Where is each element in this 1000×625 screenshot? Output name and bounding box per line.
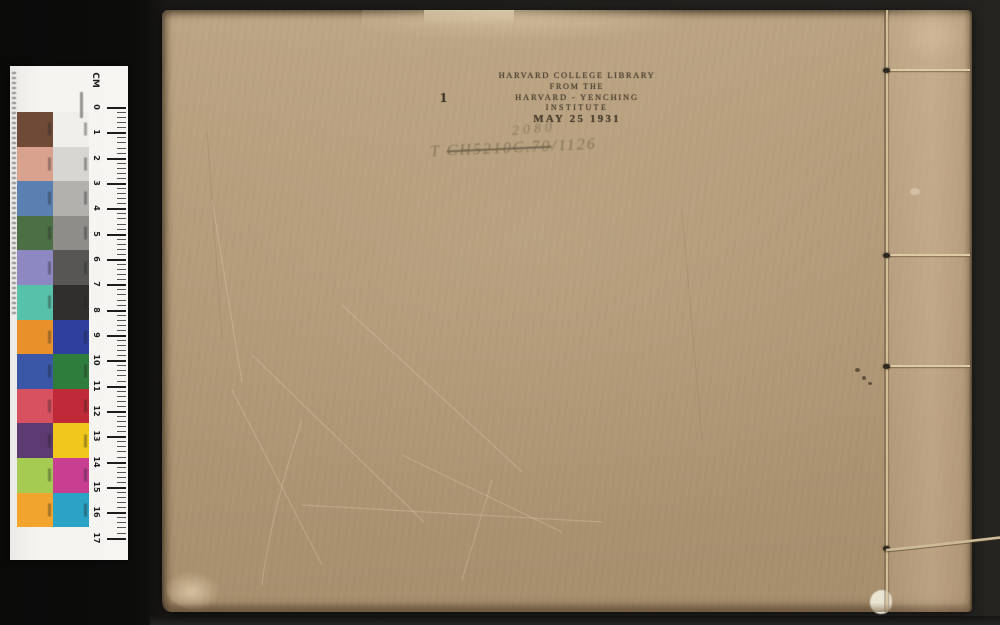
ruler-tick-minor [117, 168, 126, 169]
ruler-tick-minor [117, 340, 126, 341]
color-patch [17, 181, 53, 216]
patch-row [17, 423, 89, 458]
ruler-tick-minor [117, 482, 126, 483]
ruler-tick-minor [117, 173, 126, 174]
color-patch [17, 250, 53, 285]
stitch-hole [883, 546, 890, 551]
ruler-number: 5 [91, 226, 101, 242]
ruler-tick-minor [117, 527, 126, 528]
ruler-tick-major [107, 512, 126, 514]
stitch-hole [883, 68, 890, 73]
ruler-tick-minor [117, 229, 126, 230]
ruler-tick-minor [117, 193, 126, 194]
ruler-tick-minor [117, 381, 126, 382]
ruler-tick-major [107, 284, 126, 286]
ruler-tick-minor [117, 244, 126, 245]
ruler-tick-minor [117, 345, 126, 346]
ruler-number: 13 [91, 428, 101, 444]
calibration-strip-fineprint [12, 72, 16, 314]
ruler-tick-minor [117, 142, 126, 143]
patch-row [17, 147, 89, 182]
ruler-tick-major [107, 360, 126, 362]
ink-smudge [868, 382, 872, 385]
ruler-tick-minor [117, 127, 126, 128]
ruler-tick-minor [117, 426, 126, 427]
gray-patch [53, 181, 89, 216]
ruler-tick-minor [117, 533, 126, 534]
ruler-tick-minor [117, 467, 126, 468]
ruler-tick-minor [117, 274, 126, 275]
ruler-number: 15 [91, 479, 101, 495]
digitized-book-photo: CM 01234567891011121314151617 [0, 0, 1000, 625]
ruler-tick-major [107, 411, 126, 413]
ruler-tick-minor [117, 350, 126, 351]
patch-row [17, 285, 89, 320]
ruler-tick-major [107, 538, 126, 540]
stamp-line: HARVARD COLLEGE LIBRARY [477, 69, 677, 81]
ruler-tick-minor [117, 254, 126, 255]
ruler-tick-minor [117, 365, 126, 366]
color-patch [17, 389, 53, 424]
ruler-number: 12 [91, 403, 101, 419]
book-cover: HARVARD COLLEGE LIBRARY FROM THE HARVARD… [162, 10, 972, 612]
ruler-tick-minor [117, 492, 126, 493]
ruler-tick-minor [117, 279, 126, 280]
ruler-tick-minor [117, 137, 126, 138]
handwritten-mark: 1 [440, 91, 447, 107]
ruler-tick-minor [117, 522, 126, 523]
ruler-number: 11 [91, 378, 101, 394]
ruler-tick-minor [117, 300, 126, 301]
binding-thread [889, 254, 970, 256]
ruler-tick-minor [117, 457, 126, 458]
binding-thread [889, 69, 970, 71]
color-patch [17, 423, 53, 458]
stitch-hole [883, 364, 890, 369]
surface-shadow [150, 616, 1000, 625]
ruler-tick-major [107, 107, 126, 109]
color-patch [17, 147, 53, 182]
ruler-number: 3 [91, 175, 101, 191]
patch-row [17, 389, 89, 424]
ruler-tick-minor [117, 472, 126, 473]
ruler-tick-minor [117, 396, 126, 397]
patch-row [17, 320, 89, 355]
ruler-tick-minor [117, 416, 126, 417]
stitch-hole [883, 253, 890, 258]
ruler-tick-minor [117, 320, 126, 321]
color-patch [17, 216, 53, 251]
stamp-line: INSTITUTE [477, 103, 677, 113]
ruler-tick-minor [117, 203, 126, 204]
patch-row [17, 493, 89, 528]
cover-bottom-edge [162, 603, 972, 612]
gray-patch [53, 250, 89, 285]
ruler-tick-minor [117, 315, 126, 316]
gray-patch [53, 389, 89, 424]
ruler-tick-major [107, 335, 126, 337]
ruler-tick-minor [117, 446, 126, 447]
ruler-tick-minor [117, 213, 126, 214]
gray-patch [53, 147, 89, 182]
stamp-line: HARVARD - YENCHING [477, 92, 677, 103]
ruler-tick-minor [117, 305, 126, 306]
ruler-tick-minor [117, 370, 126, 371]
patch-row [17, 216, 89, 251]
patch-row [17, 112, 89, 147]
patch-row [17, 181, 89, 216]
ruler-tick-minor [117, 188, 126, 189]
gray-patch [53, 423, 89, 458]
call-number-suffix: /1126 [551, 136, 597, 155]
gray-patch [53, 216, 89, 251]
ruler-tick-minor [117, 325, 126, 326]
vertical-binding-thread [886, 10, 888, 612]
ruler-tick-major [107, 183, 126, 185]
ruler-tick-minor [117, 451, 126, 452]
ruler-tick-minor [117, 117, 126, 118]
ink-smudge [862, 376, 866, 380]
ruler-tick-minor [117, 330, 126, 331]
gray-patch [53, 354, 89, 389]
ruler-tick-minor [117, 249, 126, 250]
ruler-tick-major [107, 487, 126, 489]
ruler-tick-major [107, 208, 126, 210]
ruler-tick-minor [117, 477, 126, 478]
ruler-tick-major [107, 158, 126, 160]
torn-label-edge [424, 10, 514, 24]
spine-area [886, 10, 970, 612]
patch-row [17, 458, 89, 493]
ruler-tick-minor [117, 294, 126, 295]
ruler-tick-minor [117, 198, 126, 199]
ruler-number: 10 [91, 352, 101, 368]
color-patch [17, 354, 53, 389]
ruler-tick-minor [117, 517, 126, 518]
ruler-tick-minor [117, 269, 126, 270]
ruler-number: 16 [91, 504, 101, 520]
ruler-number: 6 [91, 251, 101, 267]
gray-patch [53, 458, 89, 493]
ruler-tick-minor [117, 264, 126, 265]
ruler-tick-minor [117, 122, 126, 123]
color-patch [17, 112, 53, 147]
color-patch [17, 493, 53, 528]
ruler-tick-minor [117, 406, 126, 407]
ruler-tick-minor [117, 375, 126, 376]
color-patch [17, 458, 53, 493]
gray-patch [53, 285, 89, 320]
ruler-number: 9 [91, 327, 101, 343]
ruler-tick-minor [117, 431, 126, 432]
color-patch [17, 320, 53, 355]
ruler-tick-minor [117, 163, 126, 164]
ruler-number: 7 [91, 276, 101, 292]
ruler-tick-minor [117, 289, 126, 290]
ruler-tick-minor [117, 112, 126, 113]
stamp-line: FROM THE [477, 81, 677, 92]
stamp-date: MAY 25 1931 [477, 113, 677, 126]
call-number-struck: CH5210C.70 [446, 138, 552, 160]
ruler-number: 1 [91, 124, 101, 140]
ruler-tick-minor [117, 218, 126, 219]
ruler-tick-major [107, 310, 126, 312]
ink-smudge [855, 368, 860, 372]
gray-patch [53, 320, 89, 355]
ruler-number: 17 [91, 530, 101, 546]
calibration-strip: CM 01234567891011121314151617 [10, 66, 128, 560]
ruler-tick-minor [117, 153, 126, 154]
ruler-tick-major [107, 234, 126, 236]
ruler-fineprint [80, 92, 83, 118]
patch-row [17, 250, 89, 285]
library-stamp: HARVARD COLLEGE LIBRARY FROM THE HARVARD… [477, 69, 677, 126]
color-patch [17, 285, 53, 320]
call-number-prefix: T [430, 143, 447, 161]
ruler-tick-minor [117, 355, 126, 356]
ruler-tick-minor [117, 239, 126, 240]
ruler-tick-major [107, 436, 126, 438]
ruler-tick-minor [117, 401, 126, 402]
ruler-tick-major [107, 462, 126, 464]
binding-thread [889, 365, 970, 367]
ruler-number: 8 [91, 302, 101, 318]
ruler-tick-minor [117, 441, 126, 442]
color-patch-grid [17, 112, 89, 527]
ruler-tick-minor [117, 224, 126, 225]
gray-patch [53, 112, 89, 147]
ruler-number: 4 [91, 200, 101, 216]
ruler-tick-major [107, 386, 126, 388]
ruler-tick-minor [117, 391, 126, 392]
patch-row [17, 354, 89, 389]
ruler-tick-major [107, 259, 126, 261]
gray-patch [53, 493, 89, 528]
ruler-tick-minor [117, 507, 126, 508]
ruler-tick-minor [117, 502, 126, 503]
ruler-tick-minor [117, 148, 126, 149]
ruler-number: 14 [91, 454, 101, 470]
ruler-number: 2 [91, 150, 101, 166]
ruler-unit-label: CM [88, 70, 100, 90]
ruler-tick-minor [117, 178, 126, 179]
ruler-tick-minor [117, 421, 126, 422]
ruler-tick-minor [117, 497, 126, 498]
ruler-number: 0 [91, 99, 101, 115]
ruler-tick-major [107, 132, 126, 134]
